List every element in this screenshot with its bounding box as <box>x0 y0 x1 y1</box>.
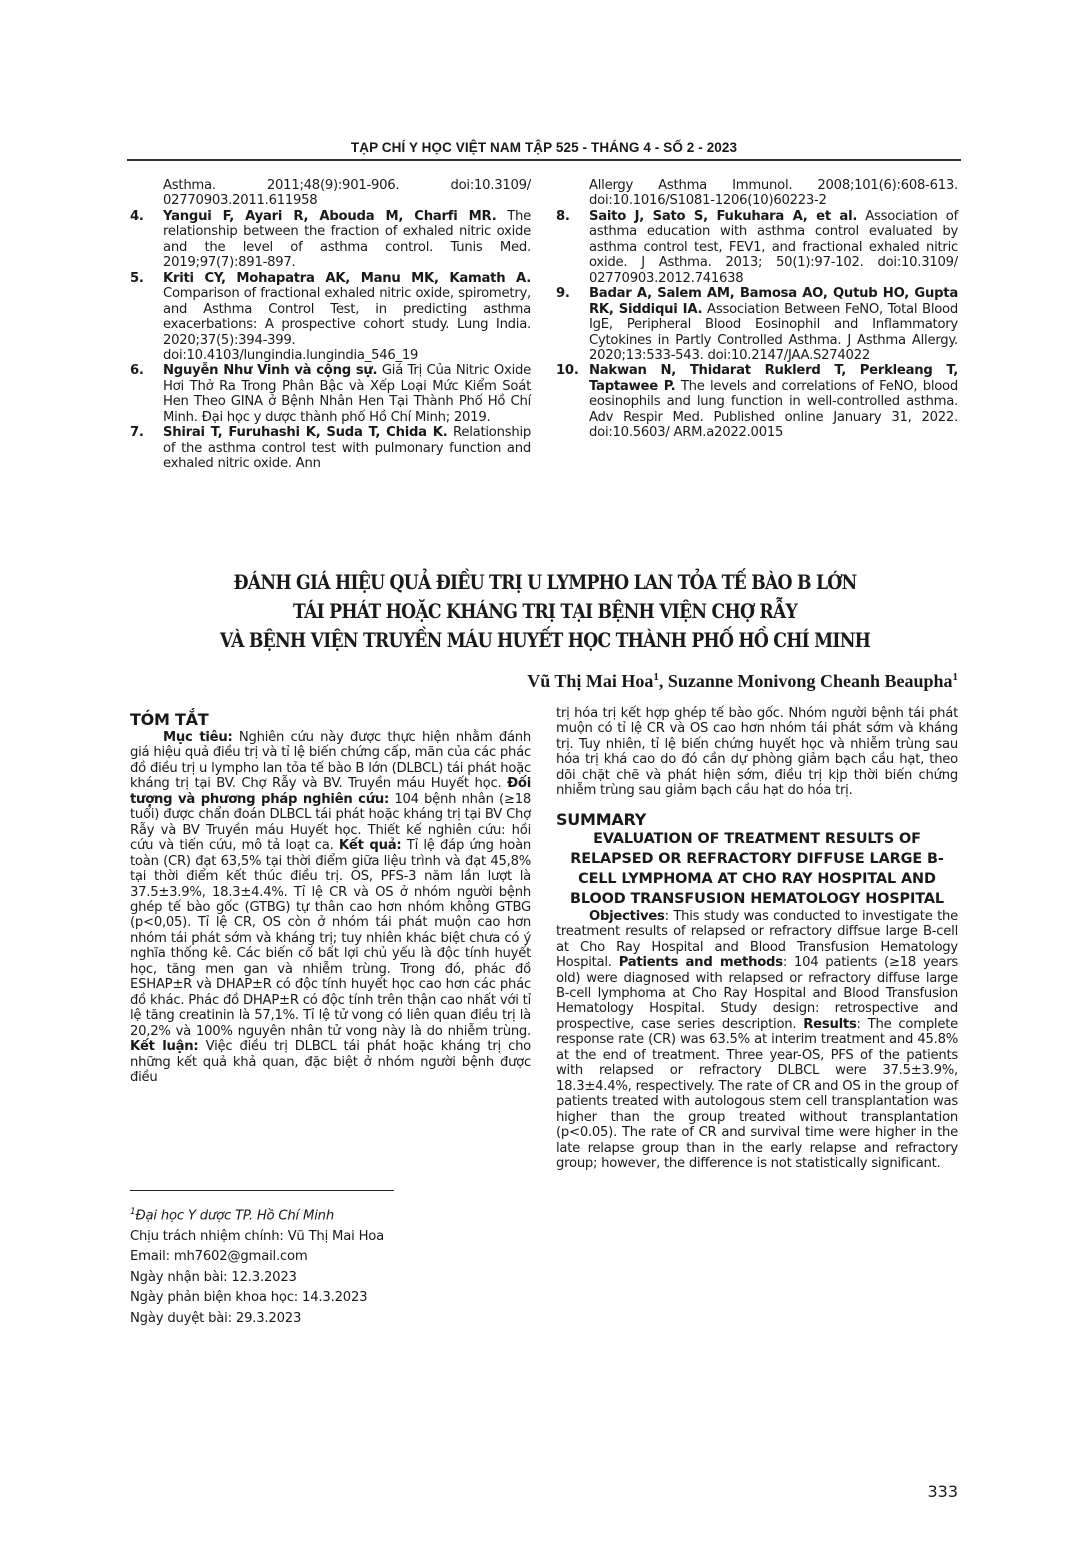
references-right: Allergy Asthma Immunol. 2008;101(6):608-… <box>556 178 958 441</box>
reference-item: 7.Shirai T, Furuhashi K, Suda T, Chida K… <box>130 425 531 471</box>
abstract-vietnamese: TÓM TẮT Mục tiêu: Nghiên cứu này được th… <box>130 710 531 1085</box>
reference-item: 8.Saito J, Sato S, Fukuhara A, et al. As… <box>556 209 958 286</box>
footnote-divider <box>130 1190 394 1191</box>
conclusion-continuation: trị hóa trị kết hợp ghép tế bào gốc. Nhó… <box>556 706 958 799</box>
references-left: Asthma. 2011;48(9):901-906. doi:10.3109/… <box>130 178 531 472</box>
footnote-email[interactable]: Email: mh7602@gmail.com <box>130 1247 384 1268</box>
journal-header: TẠP CHÍ Y HỌC VIỆT NAM TẬP 525 - THÁNG 4… <box>127 140 961 155</box>
affiliation-text: Đại học Y dược TP. Hồ Chí Minh <box>136 1208 334 1223</box>
summary-title: EVALUATION OF TREATMENT RESULTS OF RELAP… <box>556 829 958 909</box>
abstract-right-column: trị hóa trị kết hợp ghép tế bào gốc. Nhó… <box>556 706 958 1171</box>
article-title: ĐÁNH GIÁ HIỆU QUẢ ĐIỀU TRỊ U LYMPHO LAN … <box>180 568 911 655</box>
results-text: : The complete response rate (CR) was 63… <box>556 1017 958 1171</box>
abstract-heading: TÓM TẮT <box>130 710 531 729</box>
reference-authors: Kriti CY, Mohapatra AK, Manu MK, Kamath … <box>163 271 531 286</box>
results-label: Results <box>803 1017 856 1032</box>
reference-number: 10. <box>556 363 579 378</box>
article-title-line: TÁI PHÁT HOẶC KHÁNG TRỊ TẠI BỆNH VIỆN CH… <box>180 597 911 626</box>
footnote-reviewed: Ngày phản biện khoa học: 14.3.2023 <box>130 1288 384 1309</box>
reference-continuation: Allergy Asthma Immunol. 2008;101(6):608-… <box>556 178 958 209</box>
summary-body: Objectives: This study was conducted to … <box>556 909 958 1172</box>
methods-label: Patients and methods <box>619 955 783 970</box>
author-name: Suzanne Monivong Cheanh Beaupha <box>668 671 953 691</box>
author-list: Vũ Thị Mai Hoa1, Suzanne Monivong Cheanh… <box>527 671 958 692</box>
reference-number: 6. <box>130 363 144 378</box>
affiliation-mark: 1 <box>953 671 959 683</box>
page-number: 333 <box>927 1482 958 1501</box>
results-text: Tỉ lệ đáp ứng hoàn toàn (CR) đạt 63,5% t… <box>130 838 531 1038</box>
reference-continuation: Asthma. 2011;48(9):901-906. doi:10.3109/… <box>130 178 531 209</box>
abstract-body: Mục tiêu: Nghiên cứu này được thực hiện … <box>130 730 531 1085</box>
footnote-corresponding: Chịu trách nhiệm chính: Vũ Thị Mai Hoa <box>130 1227 384 1248</box>
reference-authors: Saito J, Sato S, Fukuhara A, et al. <box>589 209 857 224</box>
reference-authors: Yangui F, Ayari R, Abouda M, Charfi MR. <box>163 209 496 224</box>
footnote-affiliation: 1Đại học Y dược TP. Hồ Chí Minh <box>130 1202 384 1227</box>
reference-number: 9. <box>556 286 570 301</box>
author-name: Vũ Thị Mai Hoa <box>527 671 653 691</box>
footnote: 1Đại học Y dược TP. Hồ Chí Minh Chịu trá… <box>130 1202 384 1329</box>
header-divider <box>127 159 961 161</box>
reference-number: 7. <box>130 425 144 440</box>
reference-text: Comparison of fractional exhaled nitric … <box>163 286 531 363</box>
footnote-received: Ngày nhận bài: 12.3.2023 <box>130 1268 384 1289</box>
objectives-label: Objectives <box>589 909 665 924</box>
article-title-line: VÀ BỆNH VIỆN TRUYỀN MÁU HUYẾT HỌC THÀNH … <box>180 626 911 655</box>
reference-item: 10.Nakwan N, Thidarat Ruklerd T, Perklea… <box>556 363 958 440</box>
conclusion-label: Kết luận: <box>130 1039 198 1054</box>
footnote-accepted: Ngày duyệt bài: 29.3.2023 <box>130 1309 384 1330</box>
reference-authors: Nguyễn Như Vinh và cộng sự. <box>163 363 377 378</box>
reference-number: 4. <box>130 209 144 224</box>
reference-item: 4.Yangui F, Ayari R, Abouda M, Charfi MR… <box>130 209 531 271</box>
reference-authors: Shirai T, Furuhashi K, Suda T, Chida K. <box>163 425 448 440</box>
author-separator: , <box>659 671 668 691</box>
summary-heading: SUMMARY <box>556 810 958 829</box>
results-label: Kết quả: <box>339 838 401 853</box>
reference-item: 5.Kriti CY, Mohapatra AK, Manu MK, Kamat… <box>130 271 531 364</box>
reference-number: 8. <box>556 209 570 224</box>
reference-item: 6.Nguyễn Như Vinh và cộng sự. Giá Trị Củ… <box>130 363 531 425</box>
reference-item: 9.Badar A, Salem AM, Bamosa AO, Qutub HO… <box>556 286 958 363</box>
reference-number: 5. <box>130 271 144 286</box>
article-title-line: ĐÁNH GIÁ HIỆU QUẢ ĐIỀU TRỊ U LYMPHO LAN … <box>180 568 911 597</box>
objective-label: Mục tiêu: <box>163 730 233 745</box>
